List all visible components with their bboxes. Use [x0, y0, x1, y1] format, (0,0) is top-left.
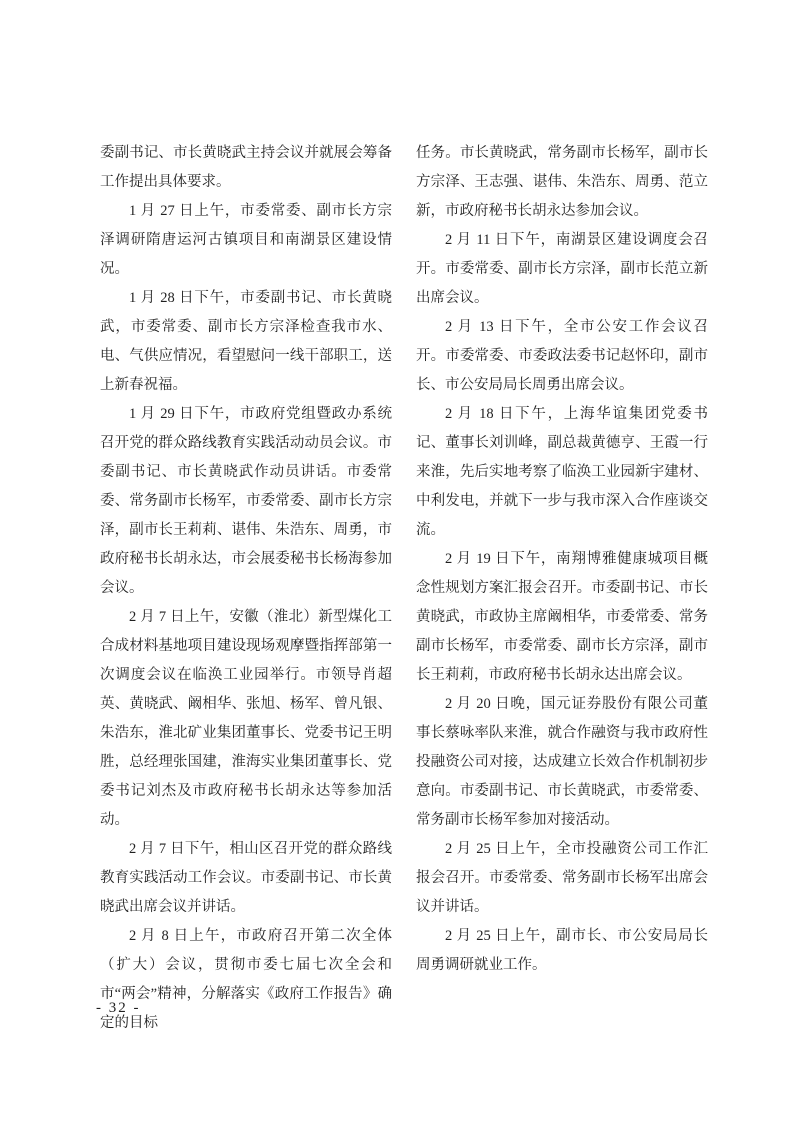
paragraph: 2 月 11 日下午，南湖景区建设调度会召开。市委常委、副市长方宗泽，副市长范立…: [416, 226, 708, 313]
paragraph: 2 月 20 日晚，国元证券股份有限公司董事长蔡咏率队来淮，就合作融资与我市政府…: [416, 690, 708, 835]
page-number: - 32 -: [96, 997, 141, 1019]
paragraph: 2 月 19 日下午，南翔博雅健康城项目概念性规划方案汇报会召开。市委副书记、市…: [416, 545, 708, 690]
page-body: 委副书记、市长黄晓武主持会议并就展会筹备工作提出具体要求。1 月 27 日上午，…: [100, 139, 708, 1038]
paragraph: 2 月 13 日下午，全市公安工作会议召开。市委常委、市委政法委书记赵怀印，副市…: [416, 313, 708, 400]
paragraph: 1 月 29 日下午，市政府党组暨政办系统召开党的群众路线教育实践活动动员会议。…: [100, 400, 392, 603]
paragraph: 2 月 8 日上午，市政府召开第二次全体（扩大）会议，贯彻市委七届七次全会和市“…: [100, 922, 392, 1038]
paragraph: 2 月 25 日上午，全市投融资公司工作汇报会召开。市委常委、常务副市长杨军出席…: [416, 835, 708, 922]
paragraph: 2 月 7 日下午，相山区召开党的群众路线教育实践活动工作会议。市委副书记、市长…: [100, 835, 392, 922]
paragraph: 2 月 7 日上午，安徽（淮北）新型煤化工合成材料基地项目建设现场观摩暨指挥部第…: [100, 603, 392, 835]
text-column-left: 委副书记、市长黄晓武主持会议并就展会筹备工作提出具体要求。1 月 27 日上午，…: [100, 139, 392, 1038]
paragraph: 委副书记、市长黄晓武主持会议并就展会筹备工作提出具体要求。: [100, 139, 392, 197]
text-column-right: 任务。市长黄晓武，常务副市长杨军，副市长方宗泽、王志强、谌伟、朱浩东、周勇、范立…: [416, 139, 708, 1038]
paragraph: 任务。市长黄晓武，常务副市长杨军，副市长方宗泽、王志强、谌伟、朱浩东、周勇、范立…: [416, 139, 708, 226]
document-page: 委副书记、市长黄晓武主持会议并就展会筹备工作提出具体要求。1 月 27 日上午，…: [0, 0, 793, 1122]
paragraph: 1 月 27 日上午，市委常委、副市长方宗泽调研隋唐运河古镇项目和南湖景区建设情…: [100, 197, 392, 284]
paragraph: 2 月 25 日上午，副市长、市公安局局长周勇调研就业工作。: [416, 922, 708, 980]
paragraph: 2 月 18 日下午，上海华谊集团党委书记、董事长刘训峰，副总裁黄德亨、王霞一行…: [416, 400, 708, 545]
paragraph: 1 月 28 日下午，市委副书记、市长黄晓武，市委常委、副市长方宗泽检查我市水、…: [100, 284, 392, 400]
